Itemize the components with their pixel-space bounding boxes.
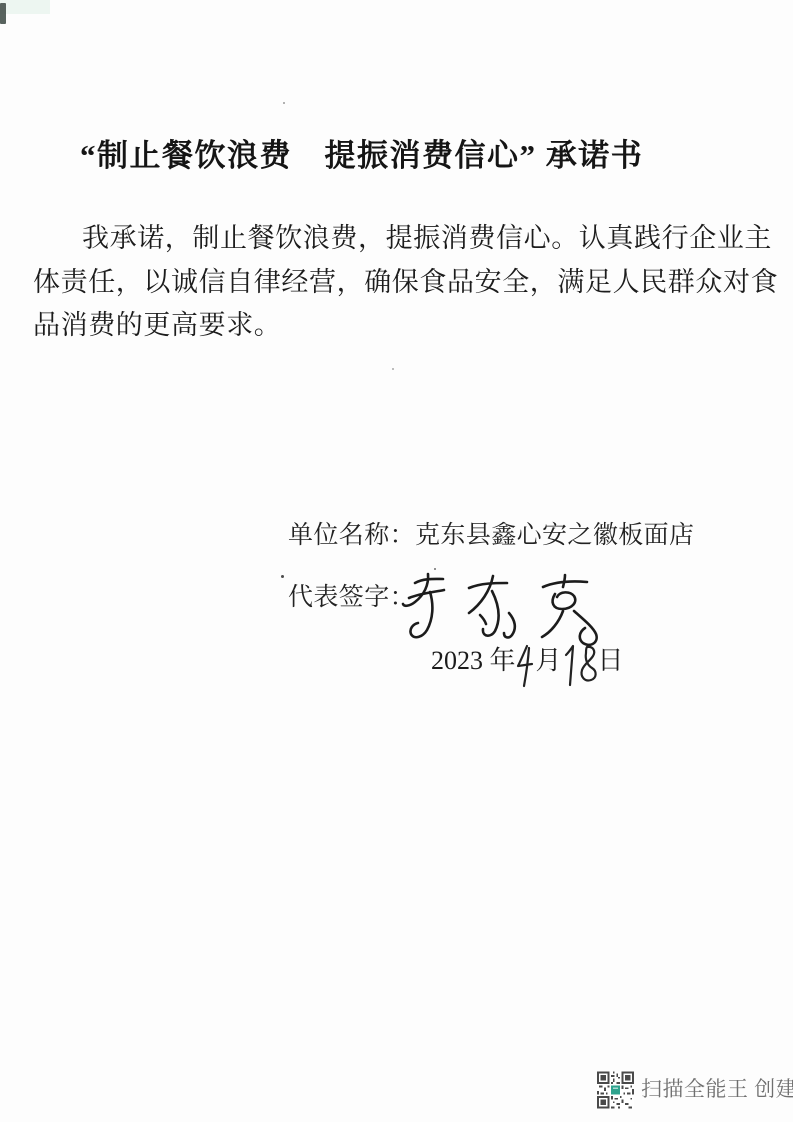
representative-signature-line: 代表签字： <box>288 584 415 611</box>
scan-speck <box>392 368 394 370</box>
scan-speck <box>283 102 285 104</box>
unit-name-value: 克东县鑫心安之徽板面店 <box>415 522 694 549</box>
qr-code-icon <box>597 1071 634 1109</box>
scan-speck <box>281 575 284 578</box>
date-month-suffix: 月 <box>536 647 562 675</box>
handwritten-signature <box>397 571 612 651</box>
unit-name-label: 单位名称： <box>288 522 415 549</box>
scan-edge-tint <box>0 0 50 14</box>
date-day-suffix: 日 <box>598 647 624 675</box>
paragraph-line: 体责任，以诚信自律经营，确保食品安全，满足人民群众对食 <box>33 261 770 305</box>
paragraph-line: 我承诺，制止餐饮浪费，提振消费信心。认真践行企业主 <box>33 217 770 261</box>
watermark-text: 扫描全能王 创建 <box>641 1078 793 1101</box>
paragraph-line: 品消费的更高要求。 <box>33 304 770 348</box>
date-line: 2023 年 月 日 <box>431 647 624 689</box>
scan-speck <box>434 568 436 570</box>
unit-name-line: 单位名称：克东县鑫心安之徽板面店 <box>288 522 694 549</box>
scan-artifact <box>0 3 6 24</box>
handwritten-month-digit <box>516 643 536 689</box>
date-year: 2023 年 <box>431 647 516 675</box>
camscanner-watermark: 扫描全能王 创建 <box>597 1071 793 1109</box>
scanned-document-page: “制止餐饮浪费 提振消费信心” 承诺书 我承诺，制止餐饮浪费，提振消费信心。认真… <box>0 0 793 1122</box>
commitment-paragraph: 我承诺，制止餐饮浪费，提振消费信心。认真践行企业主 体责任，以诚信自律经营，确保… <box>33 217 770 348</box>
document-title: “制止餐饮浪费 提振消费信心” 承诺书 <box>80 139 643 173</box>
handwritten-day-digits <box>562 643 598 689</box>
representative-signature-label: 代表签字： <box>288 584 415 611</box>
